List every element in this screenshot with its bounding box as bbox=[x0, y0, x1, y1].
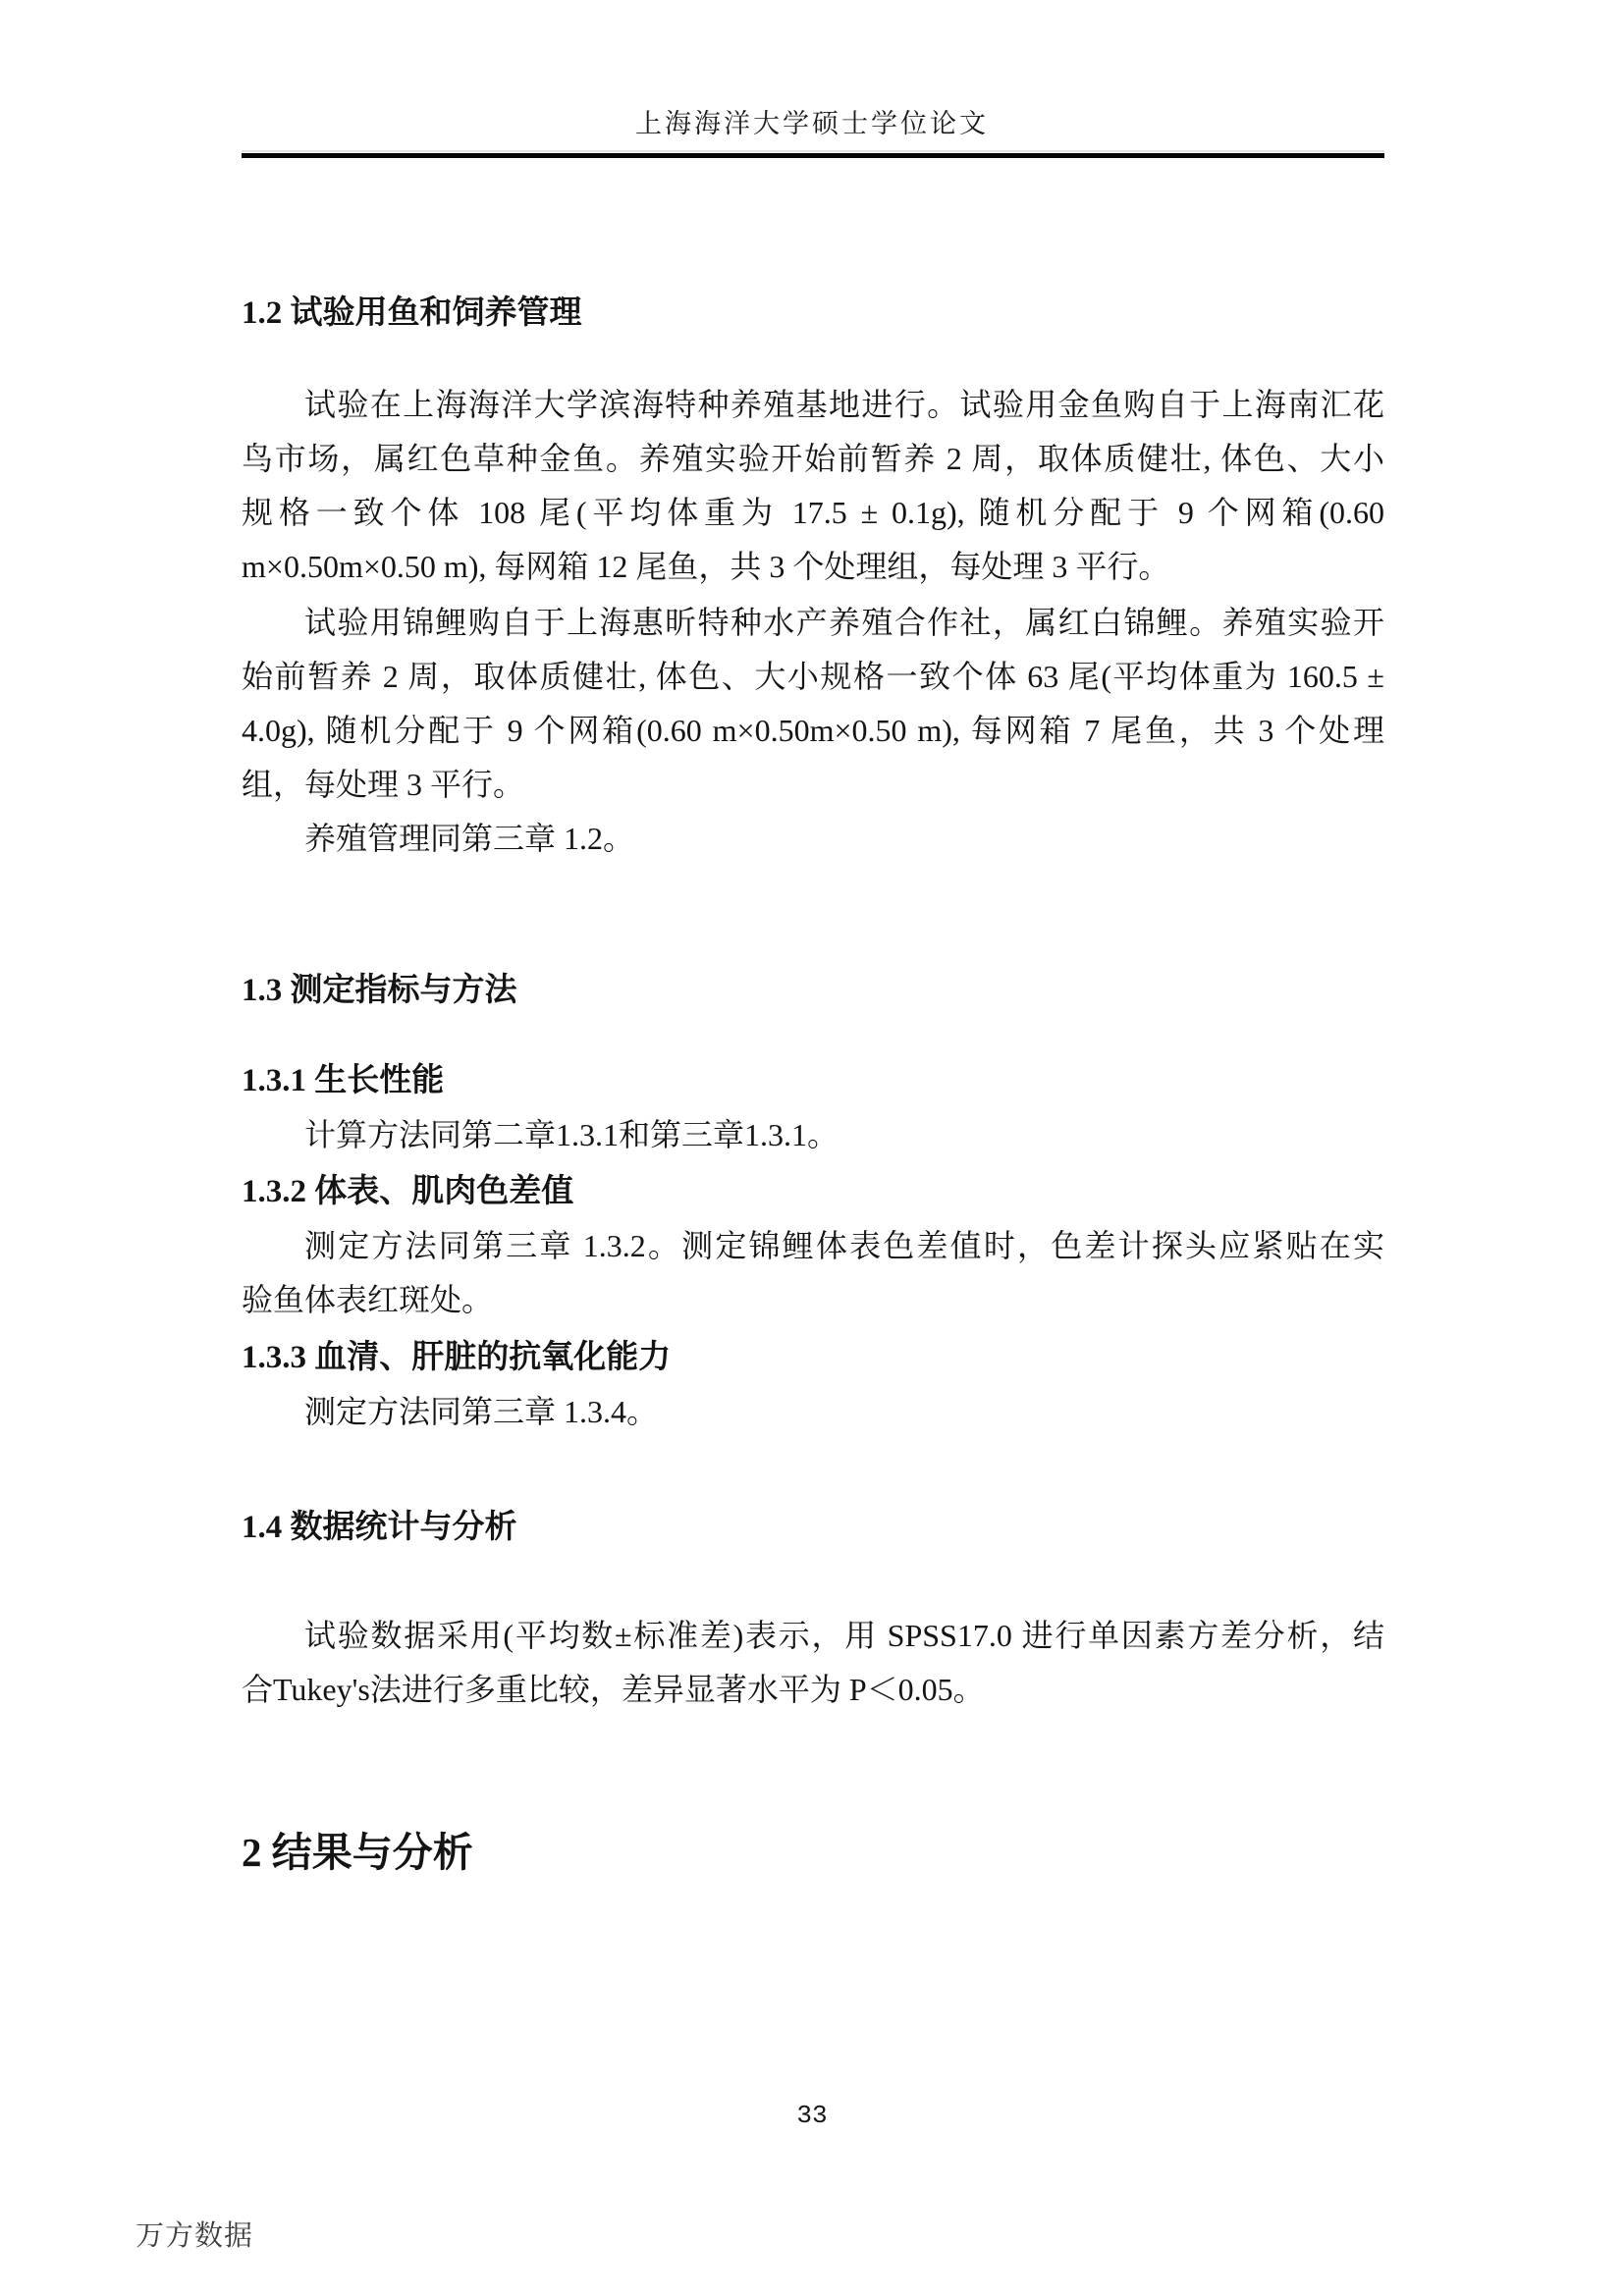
header-rule-thin-line bbox=[242, 150, 1384, 152]
subsection-heading: 1.3.2 体表、肌肉色差值 bbox=[242, 1165, 1384, 1219]
text-line: 试验在上海海洋大学滨海特种养殖基地进行。试验用金鱼购自于上海南汇花 bbox=[242, 378, 1384, 432]
text-line: 试验用锦鲤购自于上海惠昕特种水产养殖合作社，属红白锦鲤。养殖实验开 bbox=[242, 596, 1384, 650]
paragraph: 试验数据采用(平均数±标准差)表示，用 SPSS17.0 进行单因素方差分析，结… bbox=[242, 1609, 1384, 1717]
paragraph: 测定方法同第三章 1.3.2。测定锦鲤体表色差值时，色差计探头应紧贴在实验鱼体表… bbox=[242, 1219, 1384, 1327]
wanfang-watermark: 万方数据 bbox=[135, 2216, 253, 2256]
text-line: 合Tukey's法进行多重比较，差异显著水平为 P＜0.05。 bbox=[242, 1663, 1384, 1717]
section-heading: 1.4 数据统计与分析 bbox=[242, 1501, 1384, 1555]
page-header-title: 上海海洋大学硕士学位论文 bbox=[0, 0, 1624, 143]
text-line: 始前暂养 2 周，取体质健壮, 体色、大小规格一致个体 63 尾(平均体重为 1… bbox=[242, 650, 1384, 704]
text-line: 鸟市场，属红色草种金鱼。养殖实验开始前暂养 2 周，取体质健壮, 体色、大小 bbox=[242, 432, 1384, 486]
text-line: m×0.50m×0.50 m), 每网箱 12 尾鱼，共 3 个处理组，每处理 … bbox=[242, 540, 1384, 594]
text-line: 验鱼体表红斑处。 bbox=[242, 1273, 1384, 1327]
paragraph: 养殖管理同第三章 1.2。 bbox=[242, 812, 1384, 866]
subsection-heading: 1.3.1 生长性能 bbox=[242, 1054, 1384, 1108]
chapter-heading: 2 结果与分析 bbox=[242, 1820, 1384, 1885]
text-line: 养殖管理同第三章 1.2。 bbox=[242, 812, 1384, 866]
paragraph: 测定方法同第三章 1.3.4。 bbox=[242, 1385, 1384, 1439]
text-line: 测定方法同第三章 1.3.2。测定锦鲤体表色差值时，色差计探头应紧贴在实 bbox=[242, 1219, 1384, 1273]
text-line: 试验数据采用(平均数±标准差)表示，用 SPSS17.0 进行单因素方差分析，结 bbox=[242, 1609, 1384, 1663]
section-heading: 1.2 试验用鱼和饲养管理 bbox=[242, 287, 1384, 341]
text-line: 规格一致个体 108 尾(平均体重为 17.5 ± 0.1g), 随机分配于 9… bbox=[242, 486, 1384, 540]
text-line: 4.0g), 随机分配于 9 个网箱(0.60 m×0.50m×0.50 m),… bbox=[242, 704, 1384, 758]
document-body: 1.2 试验用鱼和饲养管理试验在上海海洋大学滨海特种养殖基地进行。试验用金鱼购自… bbox=[242, 287, 1384, 1885]
paragraph: 试验用锦鲤购自于上海惠昕特种水产养殖合作社，属红白锦鲤。养殖实验开始前暂养 2 … bbox=[242, 596, 1384, 812]
thesis-page: 上海海洋大学硕士学位论文 1.2 试验用鱼和饲养管理试验在上海海洋大学滨海特种养… bbox=[0, 0, 1624, 2296]
paragraph: 试验在上海海洋大学滨海特种养殖基地进行。试验用金鱼购自于上海南汇花鸟市场，属红色… bbox=[242, 378, 1384, 594]
header-rule bbox=[242, 150, 1384, 158]
text-line: 计算方法同第二章1.3.1和第三章1.3.1。 bbox=[242, 1108, 1384, 1162]
paragraph: 计算方法同第二章1.3.1和第三章1.3.1。 bbox=[242, 1108, 1384, 1162]
page-header: 上海海洋大学硕士学位论文 bbox=[0, 0, 1624, 158]
subsection-heading: 1.3.3 血清、肝脏的抗氧化能力 bbox=[242, 1331, 1384, 1385]
page-number: 33 bbox=[0, 2101, 1624, 2130]
section-heading: 1.3 测定指标与方法 bbox=[242, 964, 1384, 1018]
text-line: 测定方法同第三章 1.3.4。 bbox=[242, 1385, 1384, 1439]
text-line: 组，每处理 3 平行。 bbox=[242, 758, 1384, 812]
header-rule-thick-line bbox=[242, 153, 1384, 158]
